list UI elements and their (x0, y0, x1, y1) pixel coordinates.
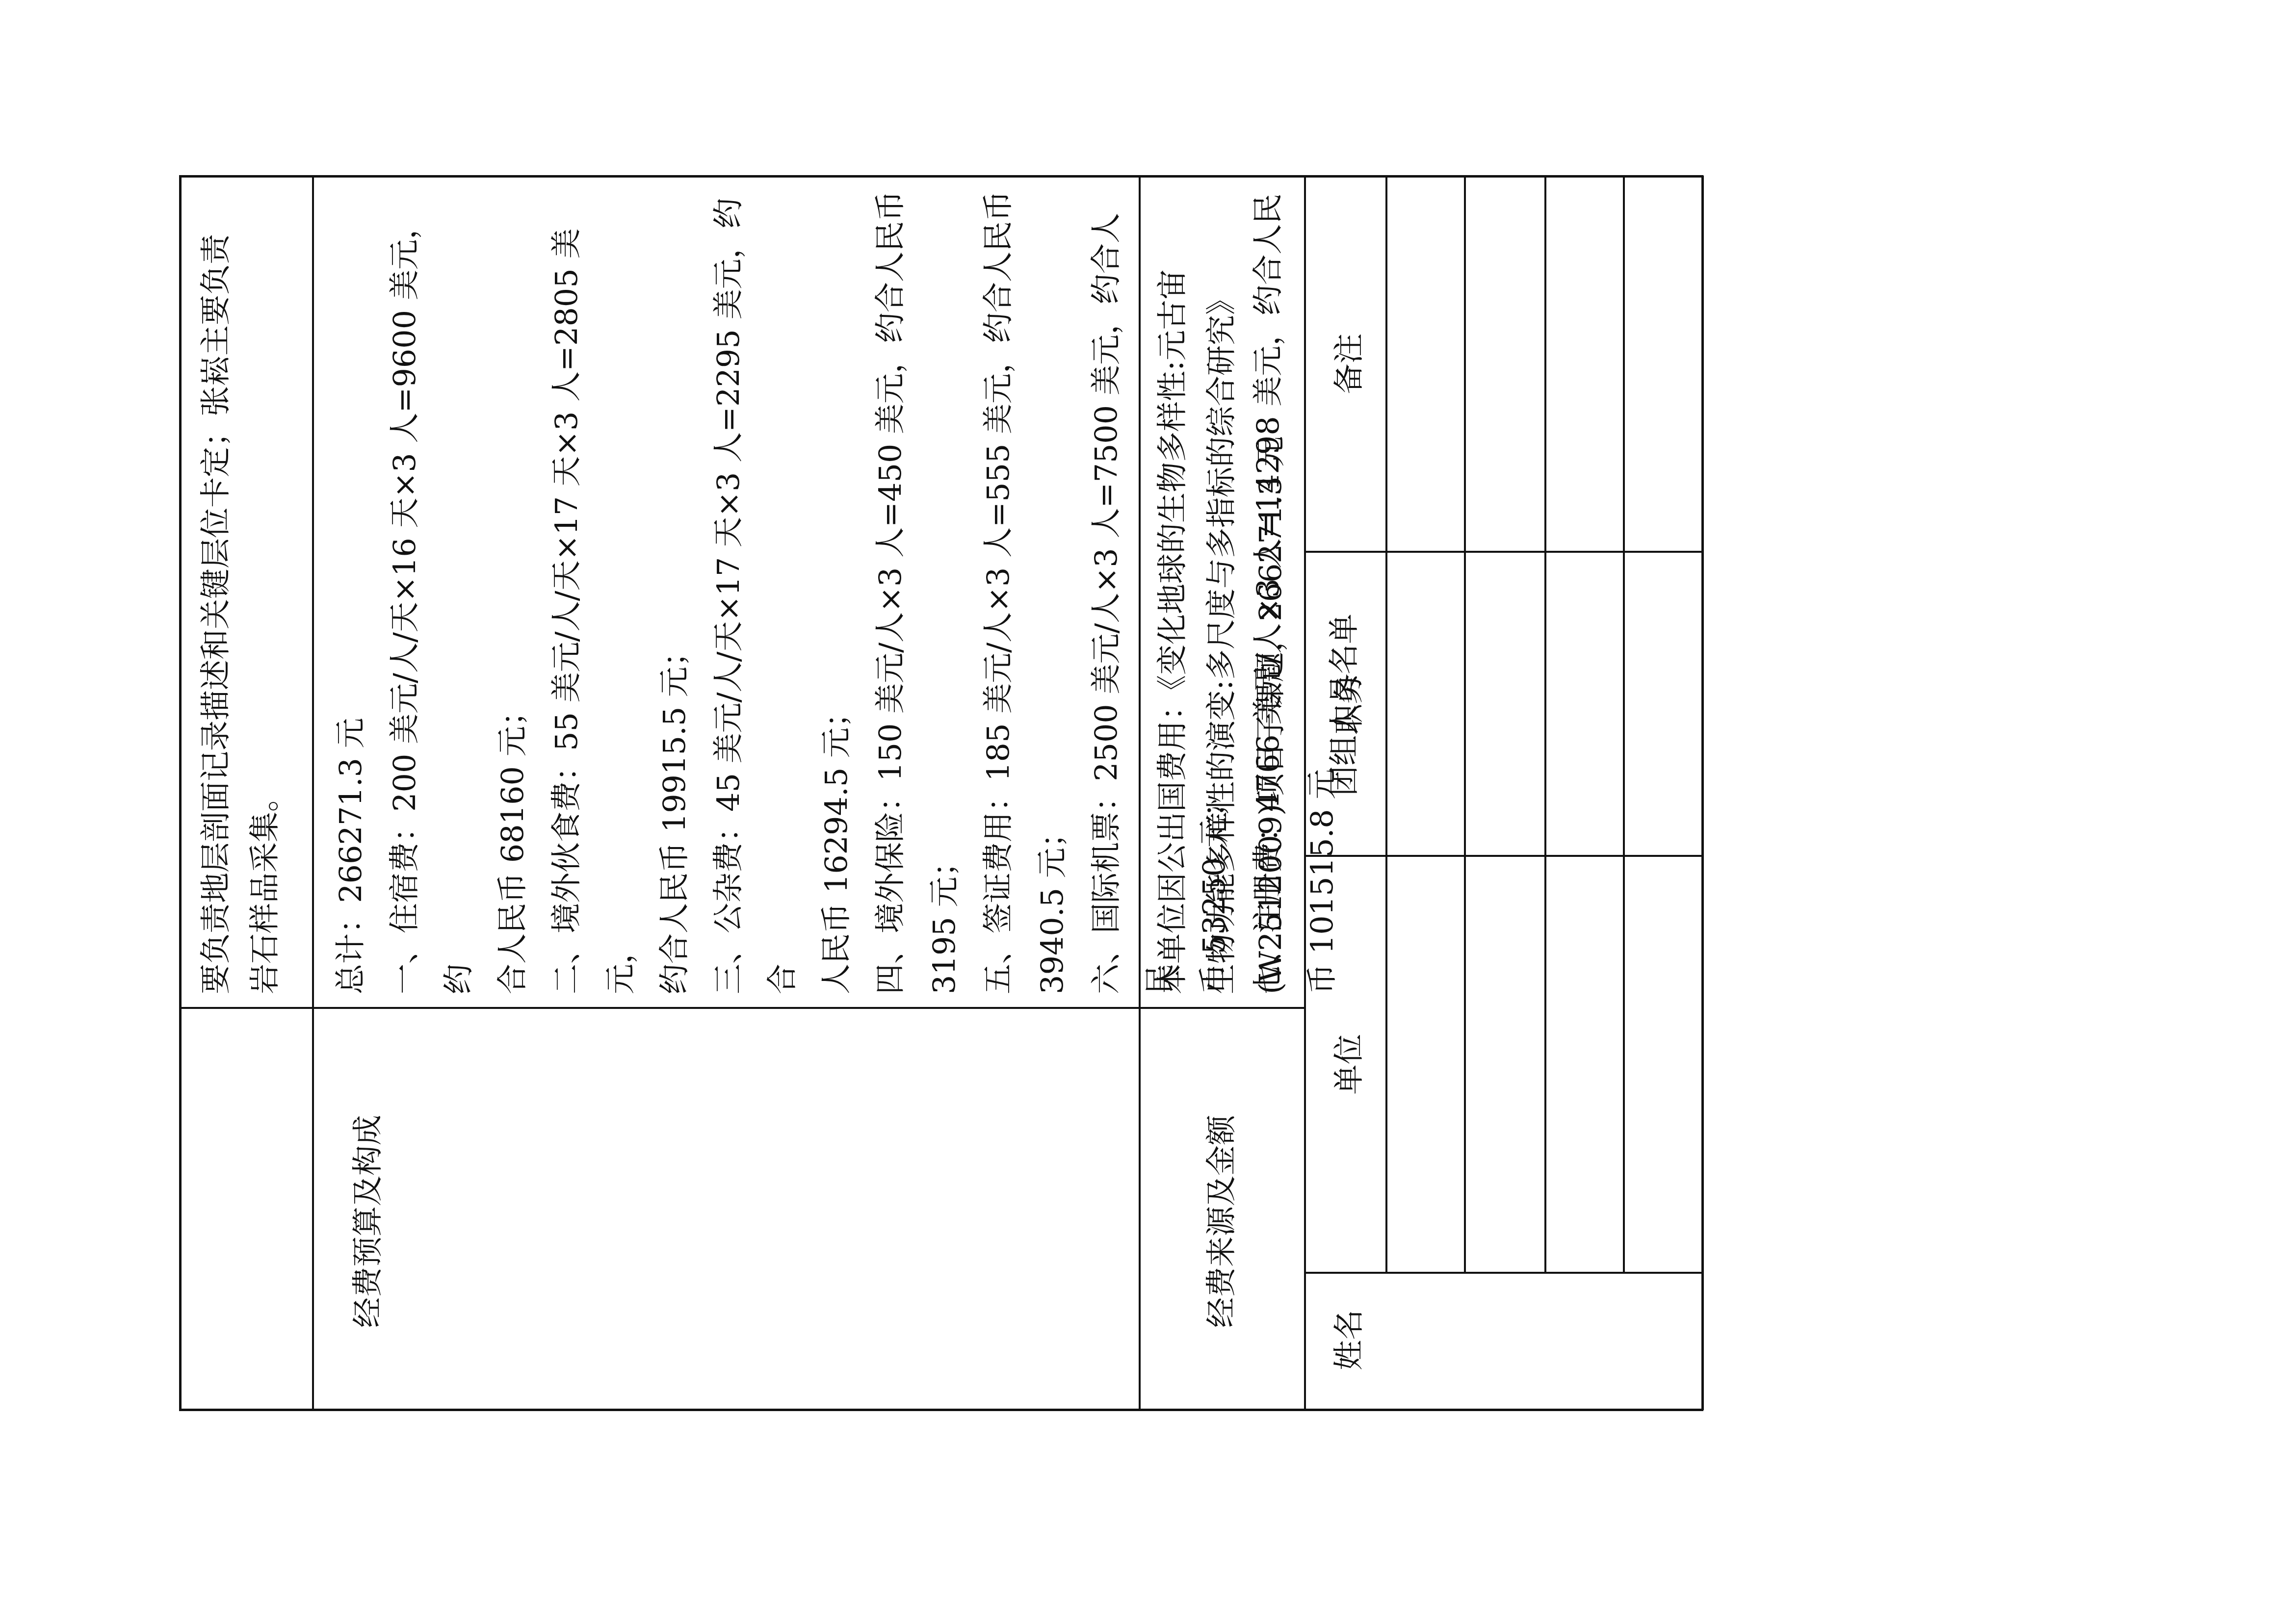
funding-content: 本单位因公出国费用：《变化地球的生物多样性:元古宙 生物功能多样性的演变:多尺度… (1148, 190, 1295, 994)
table-border-bottom (1701, 176, 1704, 1410)
budget-line: 二、境外伙食费：55 美元/人/天×17 天×3 人=2805 美元， (540, 190, 648, 994)
team-header-remark: 备注 (1325, 177, 1374, 551)
document-page: 要负责地层剖面记录描述和关键层位卡定；张崧主要负责 岩石样品采集。 经费预算及构… (0, 0, 2296, 1622)
budget-line: 四、境外保险：150 美元/人×3 人=450 美元，约合人民币 (863, 190, 917, 994)
team-row-divider-1 (1385, 177, 1387, 1273)
continuation-line-1: 要负责地层剖面记录描述和关键层位卡定；张崧主要负责 (191, 190, 240, 994)
funding-line: (W2512009)项目子课题，266271.3 元 (1246, 190, 1295, 994)
team-header-title: 职务 (1325, 553, 1374, 855)
team-header-unit: 单位 (1325, 857, 1374, 1272)
budget-line: 五、签证费用：185 美元/人×3 人=555 美元，约合人民币 (971, 190, 1025, 994)
budget-line: 一、住宿费：200 美元/人/天×16 天×3 人=9600 美元，约 (378, 190, 486, 994)
team-row-divider-4 (1623, 177, 1625, 1273)
continuation-text: 要负责地层剖面记录描述和关键层位卡定；张崧主要负责 岩石样品采集。 (191, 190, 289, 994)
funding-label: 经费来源及金额 (1197, 1115, 1246, 1328)
budget-line: 约合人民币 19915.5 元； (648, 190, 702, 994)
label-column-divider (179, 1007, 1306, 1009)
table-border-left (179, 1409, 1703, 1411)
funding-line: 本单位因公出国费用：《变化地球的生物多样性:元古宙 (1148, 190, 1197, 994)
budget-line: 3940.5 元； (1025, 190, 1079, 994)
team-row-divider-3 (1544, 177, 1546, 1273)
budget-line: 合人民币 68160 元； (486, 190, 540, 994)
table-border-top (179, 176, 182, 1410)
team-row-divider-2 (1464, 177, 1466, 1273)
budget-line: 人民币 16294.5 元； (809, 190, 863, 994)
budget-line: 总计：266271.3 元 (324, 190, 378, 994)
row-divider-continuation (312, 176, 314, 1410)
funding-line: 生物功能多样性的演变:多尺度与多指标的综合研究》 (1197, 190, 1246, 994)
budget-label: 经费预算及构成 (343, 1115, 392, 1328)
continuation-line-2: 岩石样品采集。 (240, 190, 289, 994)
team-header-name: 姓名 (1325, 1274, 1374, 1406)
budget-line: 三、公杂费：45 美元/人/天×17 天×3 人=2295 美元，约合 (702, 190, 809, 994)
budget-line: 3195 元； (917, 190, 971, 994)
table-border-right (179, 175, 1703, 178)
